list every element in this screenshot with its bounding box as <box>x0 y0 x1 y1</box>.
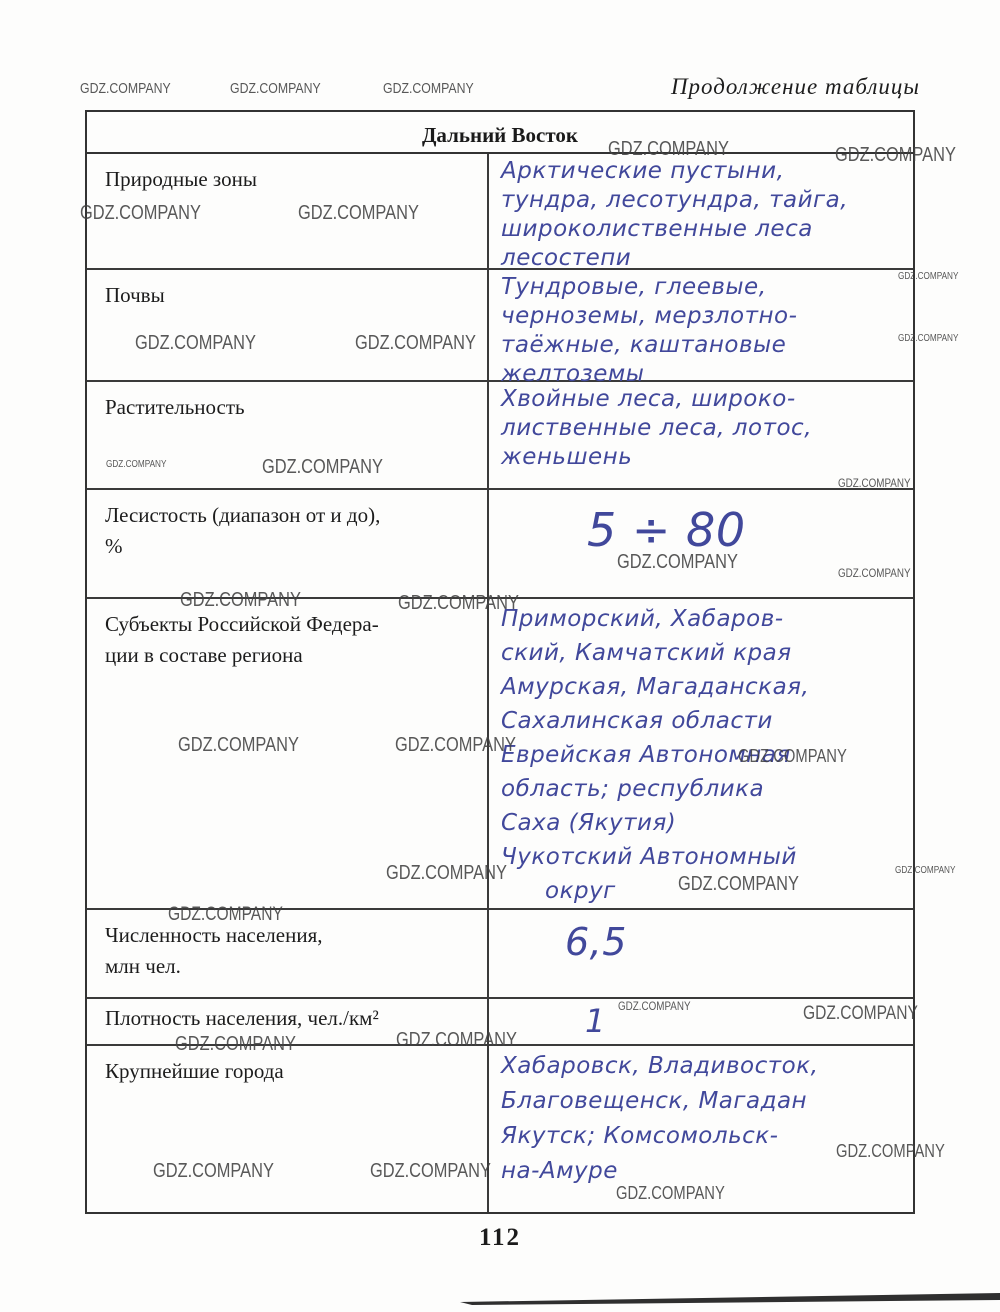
row-answer-handwritten: Тундровые, глеевые,черноземы, мерзлотно-… <box>489 270 913 380</box>
table-title-region: Дальний Восток <box>87 112 913 154</box>
row-label-line: Крупнейшие города <box>105 1056 477 1087</box>
handwritten-line: Сахалинская области <box>501 704 909 738</box>
row-label-line: Растительность <box>105 392 477 423</box>
table-row: Плотность населения, чел./км²1 <box>87 999 913 1046</box>
handwritten-line: Тундровые, глеевые, <box>501 273 909 302</box>
row-label: Численность населения,млн чел. <box>87 910 489 997</box>
handwritten-line: Хабаровск, Владивосток, <box>501 1049 909 1084</box>
handwritten-line: лиственные леса, лотос, <box>501 414 909 443</box>
table-row: РастительностьХвойные леса, широко-листв… <box>87 382 913 490</box>
row-label-line: Плотность населения, чел./км² <box>105 1003 477 1034</box>
scan-edge-artifact <box>0 1292 1000 1308</box>
watermark: GDZ.COMPANY <box>230 80 321 97</box>
row-label: Субъекты Российской Федера-ции в составе… <box>87 599 489 908</box>
row-label: Плотность населения, чел./км² <box>87 999 489 1044</box>
handwritten-line: 6,5 <box>501 913 909 965</box>
table-row: Природные зоныАрктические пустыни,тундра… <box>87 154 913 270</box>
handwritten-line: Приморский, Хабаров- <box>501 602 909 636</box>
handwritten-line: Еврейская Автономная <box>501 738 909 772</box>
handwritten-line: Благовещенск, Магадан <box>501 1084 909 1119</box>
row-label-line: Природные зоны <box>105 164 477 195</box>
table-row: Лесистость (диапазон от и до),%5 ÷ 80 <box>87 490 913 599</box>
handwritten-line: Амурская, Магаданская, <box>501 670 909 704</box>
handwritten-line: Саха (Якутия) <box>501 806 909 840</box>
row-label-line: млн чел. <box>105 951 477 982</box>
row-answer-handwritten: 5 ÷ 80 <box>489 490 913 597</box>
row-answer-handwritten: Хвойные леса, широко-лиственные леса, ло… <box>489 382 913 488</box>
row-label-line: % <box>105 531 477 562</box>
row-label-line: Почвы <box>105 280 477 311</box>
region-table: Дальний Восток Природные зоныАрктические… <box>85 110 915 1214</box>
row-answer-handwritten: Хабаровск, Владивосток,Благовещенск, Маг… <box>489 1046 913 1212</box>
handwritten-line: область; республика <box>501 772 909 806</box>
row-label: Лесистость (диапазон от и до),% <box>87 490 489 597</box>
table-continuation-note: Продолжение таблицы <box>671 74 920 100</box>
table-row: Субъекты Российской Федера-ции в составе… <box>87 599 913 910</box>
handwritten-line: Чукотский Автономный <box>501 840 909 874</box>
row-answer-handwritten: 6,5 <box>489 910 913 997</box>
row-label: Крупнейшие города <box>87 1046 489 1212</box>
table-body: Природные зоныАрктические пустыни,тундра… <box>87 154 913 1212</box>
row-label-line: Субъекты Российской Федера- <box>105 609 477 640</box>
handwritten-line: 1 <box>501 1002 909 1040</box>
page-number: 112 <box>0 1224 1000 1252</box>
handwritten-line: Якутск; Комсомольск- <box>501 1119 909 1154</box>
scanned-workbook-page: Продолжение таблицы Дальний Восток Приро… <box>0 0 1000 1312</box>
row-label-line: Лесистость (диапазон от и до), <box>105 500 477 531</box>
handwritten-line: широколиственные леса <box>501 215 909 244</box>
table-row: Крупнейшие городаХабаровск, Владивосток,… <box>87 1046 913 1212</box>
handwritten-line: лесостепи <box>501 244 909 273</box>
handwritten-line: Арктические пустыни, <box>501 157 909 186</box>
table-row: Численность населения,млн чел.6,5 <box>87 910 913 999</box>
handwritten-line: 5 ÷ 80 <box>501 493 909 559</box>
handwritten-line: черноземы, мерзлотно- <box>501 302 909 331</box>
handwritten-line: женьшень <box>501 443 909 472</box>
row-label: Природные зоны <box>87 154 489 268</box>
row-answer-handwritten: Арктические пустыни,тундра, лесотундра, … <box>489 154 913 268</box>
watermark: GDZ.COMPANY <box>80 80 171 97</box>
row-label: Растительность <box>87 382 489 488</box>
table-row: ПочвыТундровые, глеевые,черноземы, мерзл… <box>87 270 913 382</box>
handwritten-line: таёжные, каштановые <box>501 331 909 360</box>
handwritten-line: Хвойные леса, широко- <box>501 385 909 414</box>
watermark: GDZ.COMPANY <box>383 80 474 97</box>
row-label: Почвы <box>87 270 489 380</box>
handwritten-line: ский, Камчатский края <box>501 636 909 670</box>
row-label-line: ции в составе региона <box>105 640 477 671</box>
handwritten-line: на-Амуре <box>501 1154 909 1189</box>
row-answer-handwritten: 1 <box>489 999 913 1044</box>
row-answer-handwritten: Приморский, Хабаров-ский, Камчатский кра… <box>489 599 913 908</box>
handwritten-line: тундра, лесотундра, тайга, <box>501 186 909 215</box>
handwritten-line: округ <box>501 874 909 908</box>
row-label-line: Численность населения, <box>105 920 477 951</box>
